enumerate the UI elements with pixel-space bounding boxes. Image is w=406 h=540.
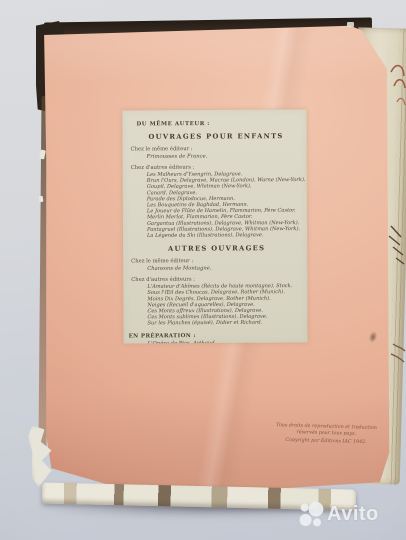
- same-publisher-label: Chez le même éditeur :: [131, 257, 299, 264]
- book-list-item: La Légende du Ski (Illustrations), Delag…: [147, 232, 299, 239]
- in-preparation-heading: EN PRÉPARATION :: [129, 331, 300, 338]
- same-publisher-label: Chez le même éditeur :: [131, 145, 299, 152]
- paper-chip: [39, 196, 44, 202]
- book-list-other-works: L'Amateur d'Abîmes (Récits de haute mont…: [147, 283, 299, 327]
- book-list-item: Frimousses de France.: [147, 153, 299, 160]
- other-publishers-label: Chez d'autres éditeurs :: [131, 164, 299, 171]
- book-list-children: Les Malheurs d'Ysengrin, Delagrave. Brun…: [147, 171, 299, 239]
- copyright-notice: Tous droits de reproduction et traductio…: [259, 421, 392, 467]
- avito-watermark: Avito: [299, 501, 379, 528]
- avito-watermark-label: Avito: [327, 503, 379, 526]
- next-page-illustration: [387, 58, 406, 398]
- imprint-panel: DU MÊME AUTEUR : OUVRAGES POUR ENFANTS C…: [122, 110, 307, 344]
- paper-chip: [347, 22, 354, 27]
- book-list-item: Sur les Planches (épuisé), Didier et Ric…: [147, 320, 299, 327]
- book-list-item: Chansons de Montagne.: [147, 265, 299, 272]
- same-author-heading: DU MÊME AUTEUR :: [136, 120, 298, 127]
- avito-logo-icon: [299, 501, 324, 528]
- other-publishers-label: Chez d'autres éditeurs :: [131, 276, 299, 283]
- section-title-other-works: AUTRES OUVRAGES: [134, 244, 299, 253]
- section-title-children: OUVRAGES POUR ENFANTS: [134, 132, 299, 141]
